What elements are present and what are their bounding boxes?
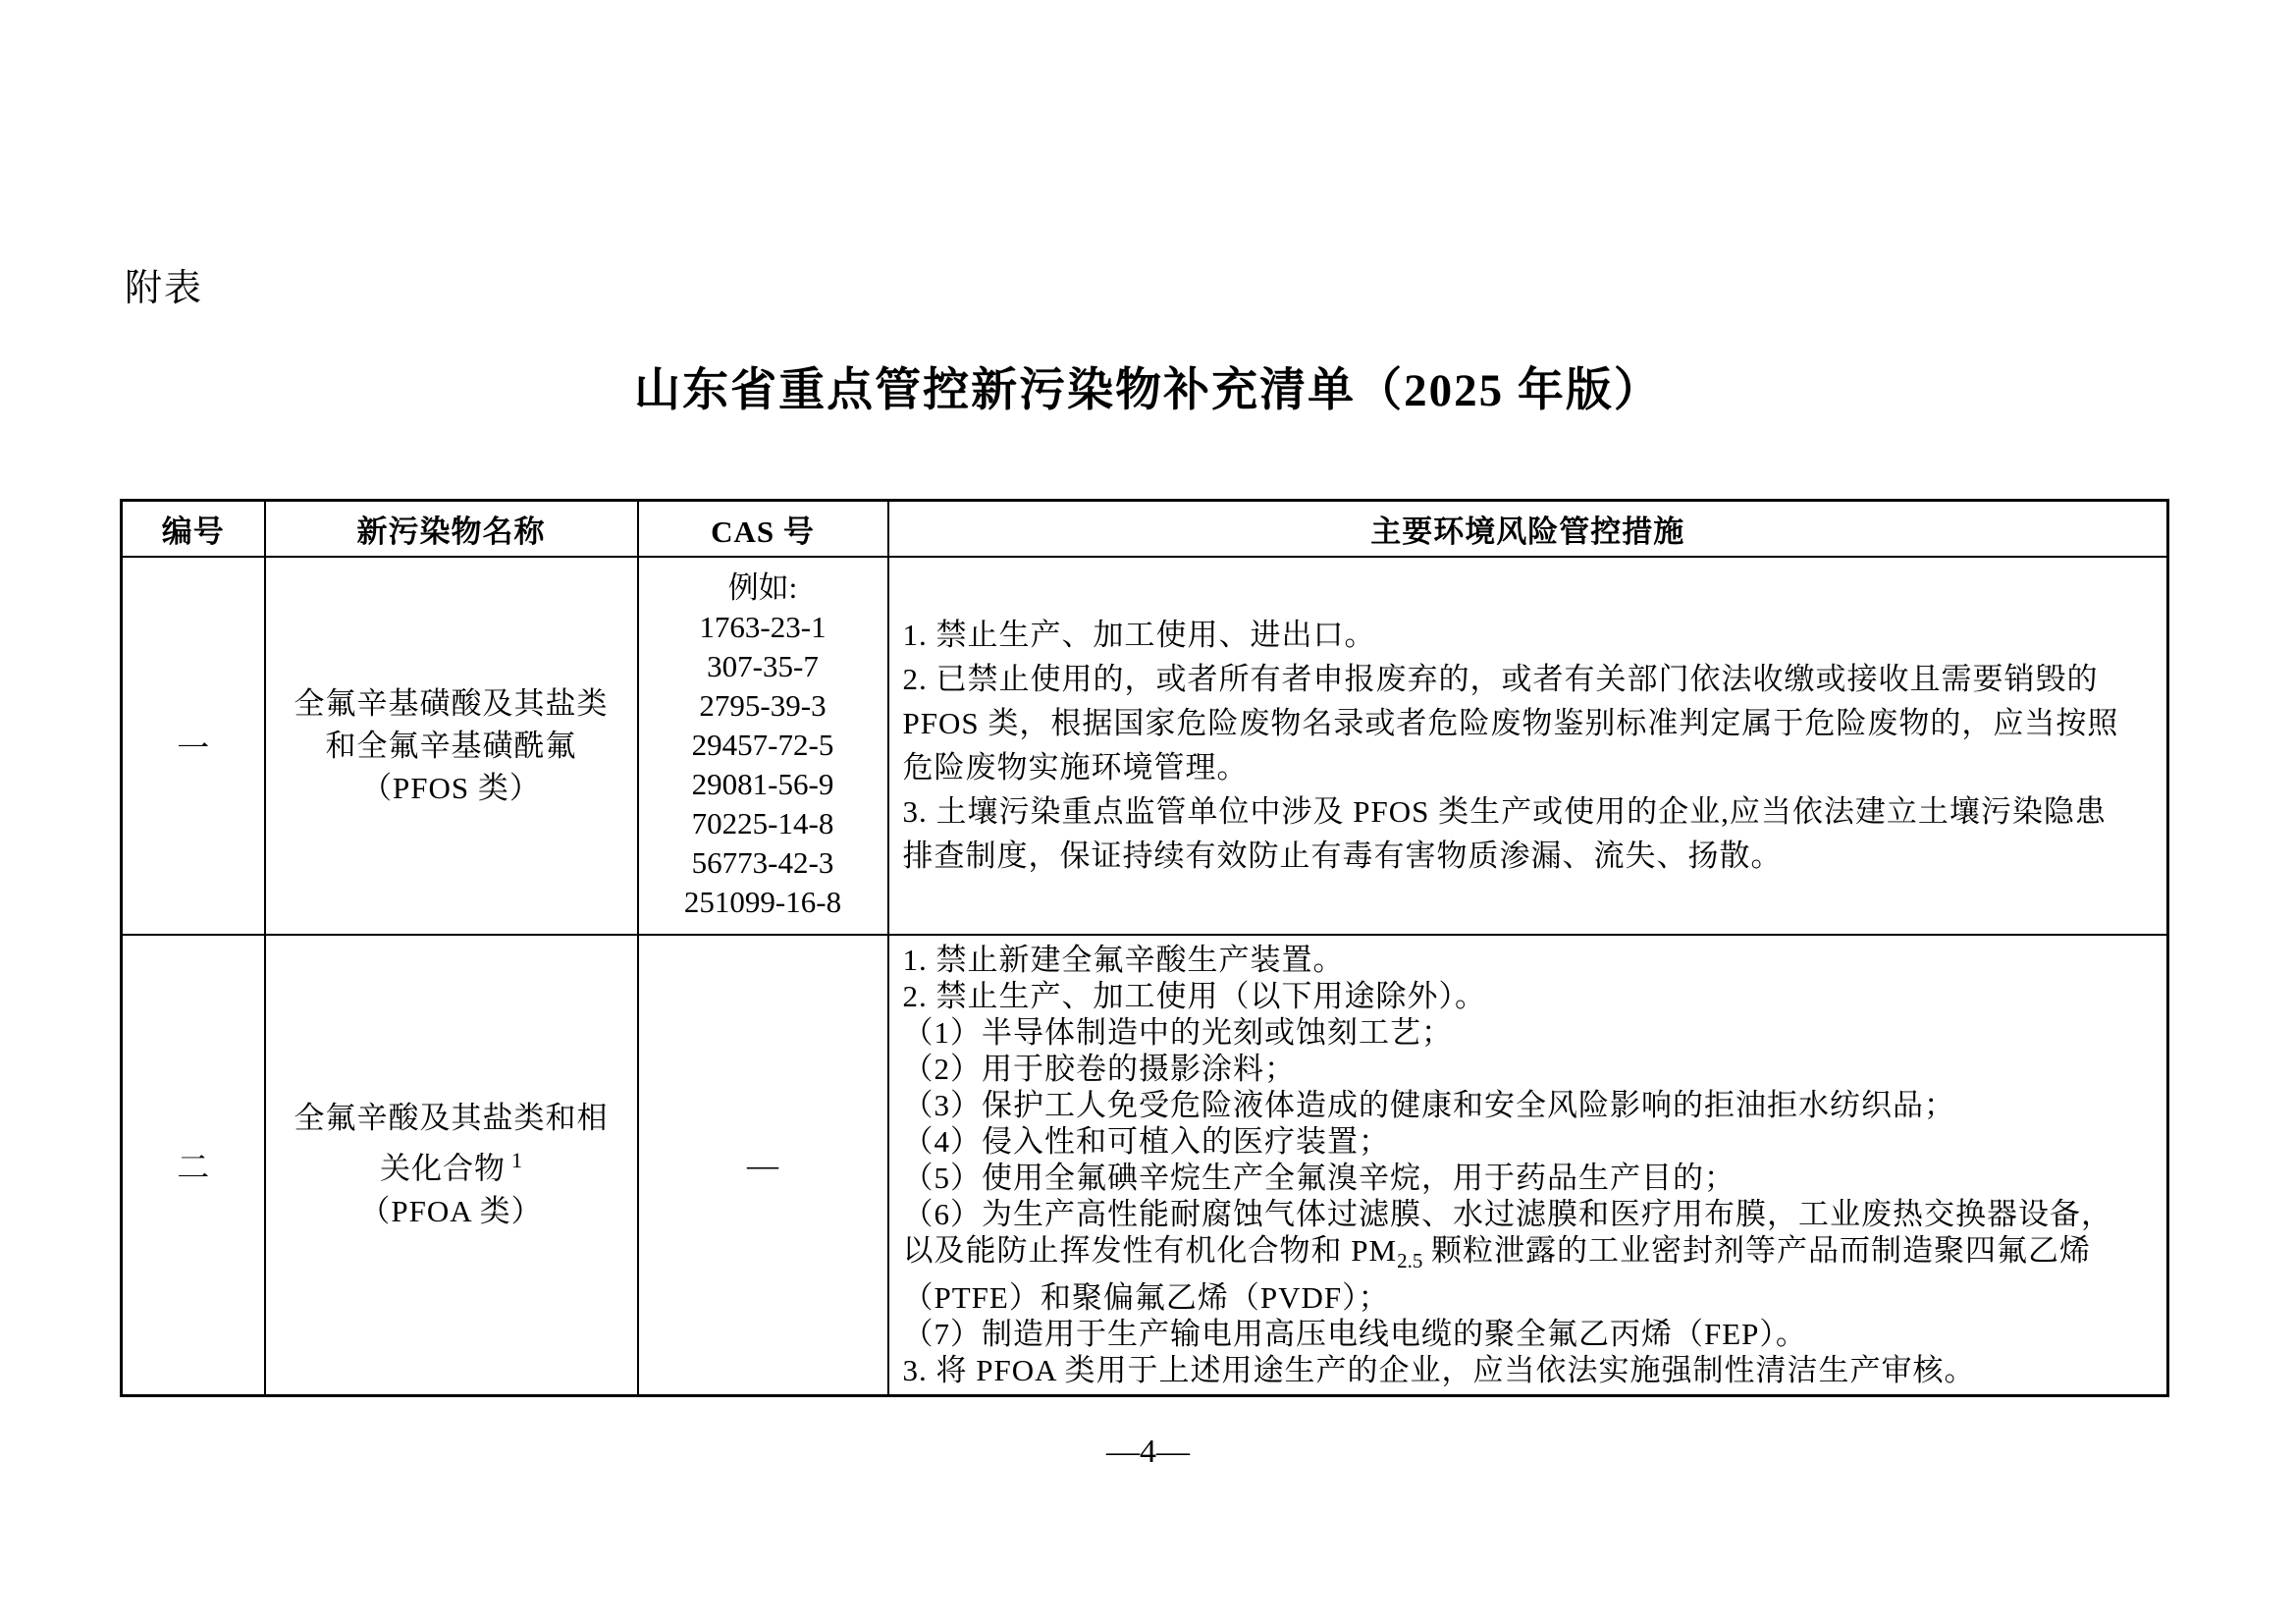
cas-number: 29081-56-9 [639,765,887,804]
table-row: 二 全氟辛酸及其盐类和相 关化合物1 （PFOA 类） — 1. 禁止新建全氟辛… [122,935,2168,1396]
measure-line: （7）制造用于生产输电用高压电线电缆的聚全氟乙丙烯（FEP）。 [903,1316,2156,1352]
table-header-row: 编号 新污染物名称 CAS 号 主要环境风险管控措施 [122,501,2168,557]
measure-line: 1. 禁止新建全氟辛酸生产装置。 [903,942,2156,978]
column-header-id: 编号 [122,501,265,557]
cas-number: 251099-16-8 [639,883,887,922]
pollutant-name-line: 全氟辛酸及其盐类和相 [266,1097,637,1139]
measure-line: 3. 土壤污染重点监管单位中涉及 PFOS 类生产或使用的企业,应当依法建立土壤… [903,789,2156,834]
column-header-name: 新污染物名称 [265,501,638,557]
table-row: 一 全氟辛基磺酸及其盐类 和全氟辛基磺酰氟 （PFOS 类） 例如: 1763-… [122,557,2168,935]
pollutant-name: 全氟辛基磺酸及其盐类 和全氟辛基磺酰氟 （PFOS 类） [265,557,638,935]
column-header-cas: CAS 号 [638,501,888,557]
measure-line: 危险废物实施环境管理。 [903,745,2156,789]
pollutant-name-line: （PFOS 类） [266,767,637,809]
measure-line: （4）侵入性和可植入的医疗装置； [903,1123,2156,1160]
measure-line: 排查制度，保证持续有效防止有毒有害物质渗漏、流失、扬散。 [903,834,2156,878]
measure-line: （2）用于胶卷的摄影涂料； [903,1051,2156,1087]
measure-line: （5）使用全氟碘辛烷生产全氟溴辛烷，用于药品生产目的； [903,1160,2156,1196]
measure-line-pm25: 以及能防止挥发性有机化合物和 PM2.5 颗粒泄露的工业密封剂等产品而制造聚四氟… [903,1232,2156,1279]
cas-number: 70225-14-8 [639,804,887,843]
pollutant-name-line: （PFOA 类） [266,1190,637,1232]
cas-number: 1763-23-1 [639,608,887,647]
measure-line: 2. 禁止生产、加工使用（以下用途除外）。 [903,978,2156,1014]
footnote-superscript: 1 [511,1148,522,1172]
cas-intro: 例如: [639,568,887,608]
row-id: 一 [122,557,265,935]
cas-numbers-cell: — [638,935,888,1396]
measure-line: （6）为生产高性能耐腐蚀气体过滤膜、水过滤膜和医疗用布膜，工业废热交换器设备， [903,1196,2156,1232]
measure-line: （PTFE）和聚偏氟乙烯（PVDF）； [903,1279,2156,1316]
measure-line: 3. 将 PFOA 类用于上述用途生产的企业，应当依法实施强制性清洁生产审核。 [903,1352,2156,1388]
attachment-label: 附表 [125,257,203,311]
pollutant-name-line: 全氟辛基磺酸及其盐类 [266,682,637,725]
cas-numbers-cell: 例如: 1763-23-1 307-35-7 2795-39-3 29457-7… [638,557,888,935]
cas-number: 307-35-7 [639,647,887,686]
column-header-measures: 主要环境风险管控措施 [888,501,2168,557]
cas-number: 56773-42-3 [639,843,887,883]
cas-empty-dash: — [747,1147,778,1182]
cas-number: 2795-39-3 [639,686,887,726]
pollutant-name-line: 关化合物1 [266,1139,637,1189]
measure-line: 2. 已禁止使用的，或者所有者申报废弃的，或者有关部门依法收缴或接收且需要销毁的 [903,657,2156,701]
measure-line: （1）半导体制造中的光刻或蚀刻工艺； [903,1014,2156,1051]
pollutant-name-line: 和全氟辛基磺酰氟 [266,725,637,767]
measures-cell: 1. 禁止新建全氟辛酸生产装置。 2. 禁止生产、加工使用（以下用途除外）。 （… [888,935,2168,1396]
pollutants-table: 编号 新污染物名称 CAS 号 主要环境风险管控措施 一 全氟辛基磺酸及其盐类 … [120,499,2169,1397]
pm25-subscript: 2.5 [1397,1249,1422,1272]
measure-line: 1. 禁止生产、加工使用、进出口。 [903,613,2156,657]
row-id: 二 [122,935,265,1396]
page-title: 山东省重点管控新污染物补充清单（2025 年版） [0,353,2296,419]
document-page: 附表 山东省重点管控新污染物补充清单（2025 年版） 编号 新污染物名称 CA… [0,0,2296,1624]
cas-number: 29457-72-5 [639,726,887,765]
measure-line: （3）保护工人免受危险液体造成的健康和安全风险影响的拒油拒水纺织品； [903,1087,2156,1123]
measure-line: PFOS 类，根据国家危险废物名录或者危险废物鉴别标准判定属于危险废物的，应当按… [903,701,2156,745]
cas-number-list: 例如: 1763-23-1 307-35-7 2795-39-3 29457-7… [639,568,887,922]
page-number: —4— [0,1434,2296,1471]
pollutant-name: 全氟辛酸及其盐类和相 关化合物1 （PFOA 类） [265,935,638,1396]
measures-cell: 1. 禁止生产、加工使用、进出口。 2. 已禁止使用的，或者所有者申报废弃的，或… [888,557,2168,935]
